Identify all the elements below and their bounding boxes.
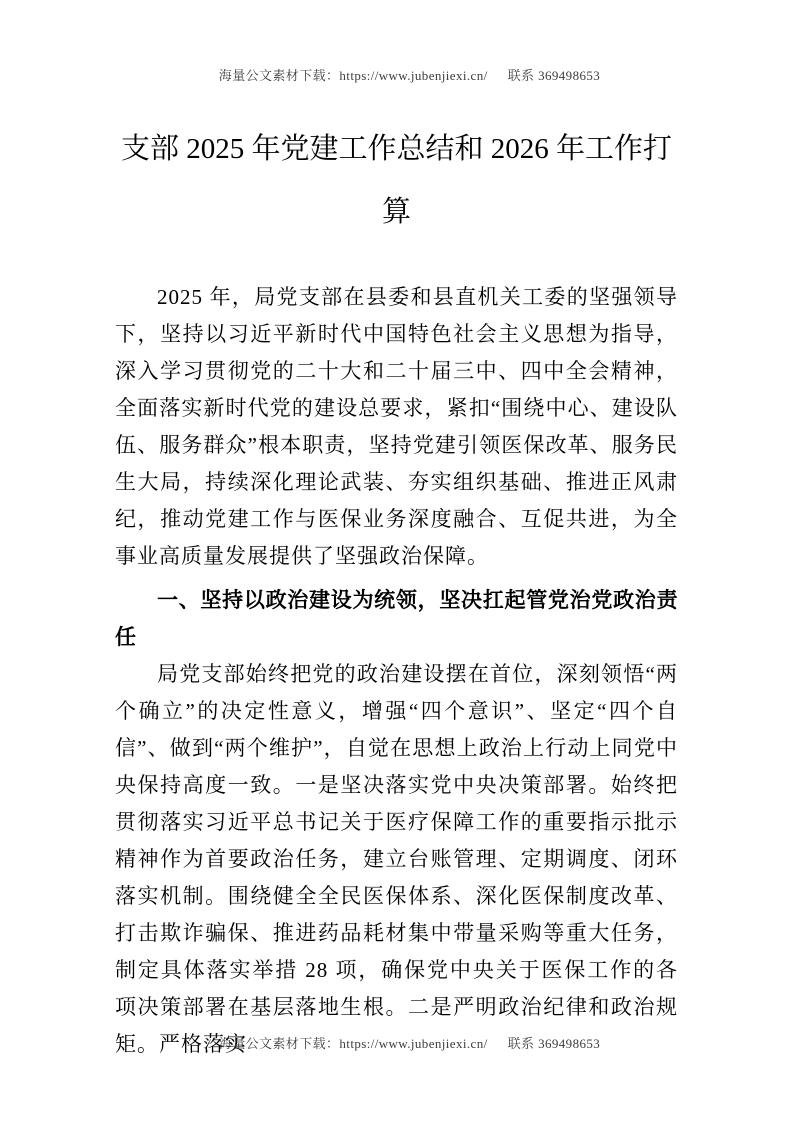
watermark-contact: 联系 369498653 bbox=[508, 1036, 601, 1051]
watermark-label: 海量公文素材下载： bbox=[219, 1036, 340, 1051]
header-watermark: 海量公文素材下载：https://www.jubenjiexi.cn/联系 36… bbox=[13, 66, 793, 85]
section-heading-1: 一、坚持以政治建设为统领，坚决扛起管党治党政治责任 bbox=[115, 582, 678, 656]
paragraph-section-1: 局党支部始终把党的政治建设摆在首位，深刻领悟“两个确立”的决定性意义，增强“四个… bbox=[115, 656, 678, 1063]
document-title: 支部 2025 年党建工作总结和 2026 年工作打算 bbox=[115, 118, 678, 244]
watermark-label: 海量公文素材下载： bbox=[219, 68, 340, 83]
document-body: 2025 年，局党支部在县委和县直机关工委的坚强领导下，坚持以习近平新时代中国特… bbox=[115, 279, 678, 1063]
watermark-url: https://www.jubenjiexi.cn/ bbox=[339, 1036, 487, 1051]
paragraph-intro: 2025 年，局党支部在县委和县直机关工委的坚强领导下，坚持以习近平新时代中国特… bbox=[115, 279, 678, 575]
watermark-url: https://www.jubenjiexi.cn/ bbox=[339, 68, 487, 83]
footer-watermark: 海量公文素材下载：https://www.jubenjiexi.cn/联系 36… bbox=[13, 1034, 793, 1053]
watermark-contact: 联系 369498653 bbox=[508, 68, 601, 83]
document-page: 海量公文素材下载：https://www.jubenjiexi.cn/联系 36… bbox=[0, 0, 793, 1122]
